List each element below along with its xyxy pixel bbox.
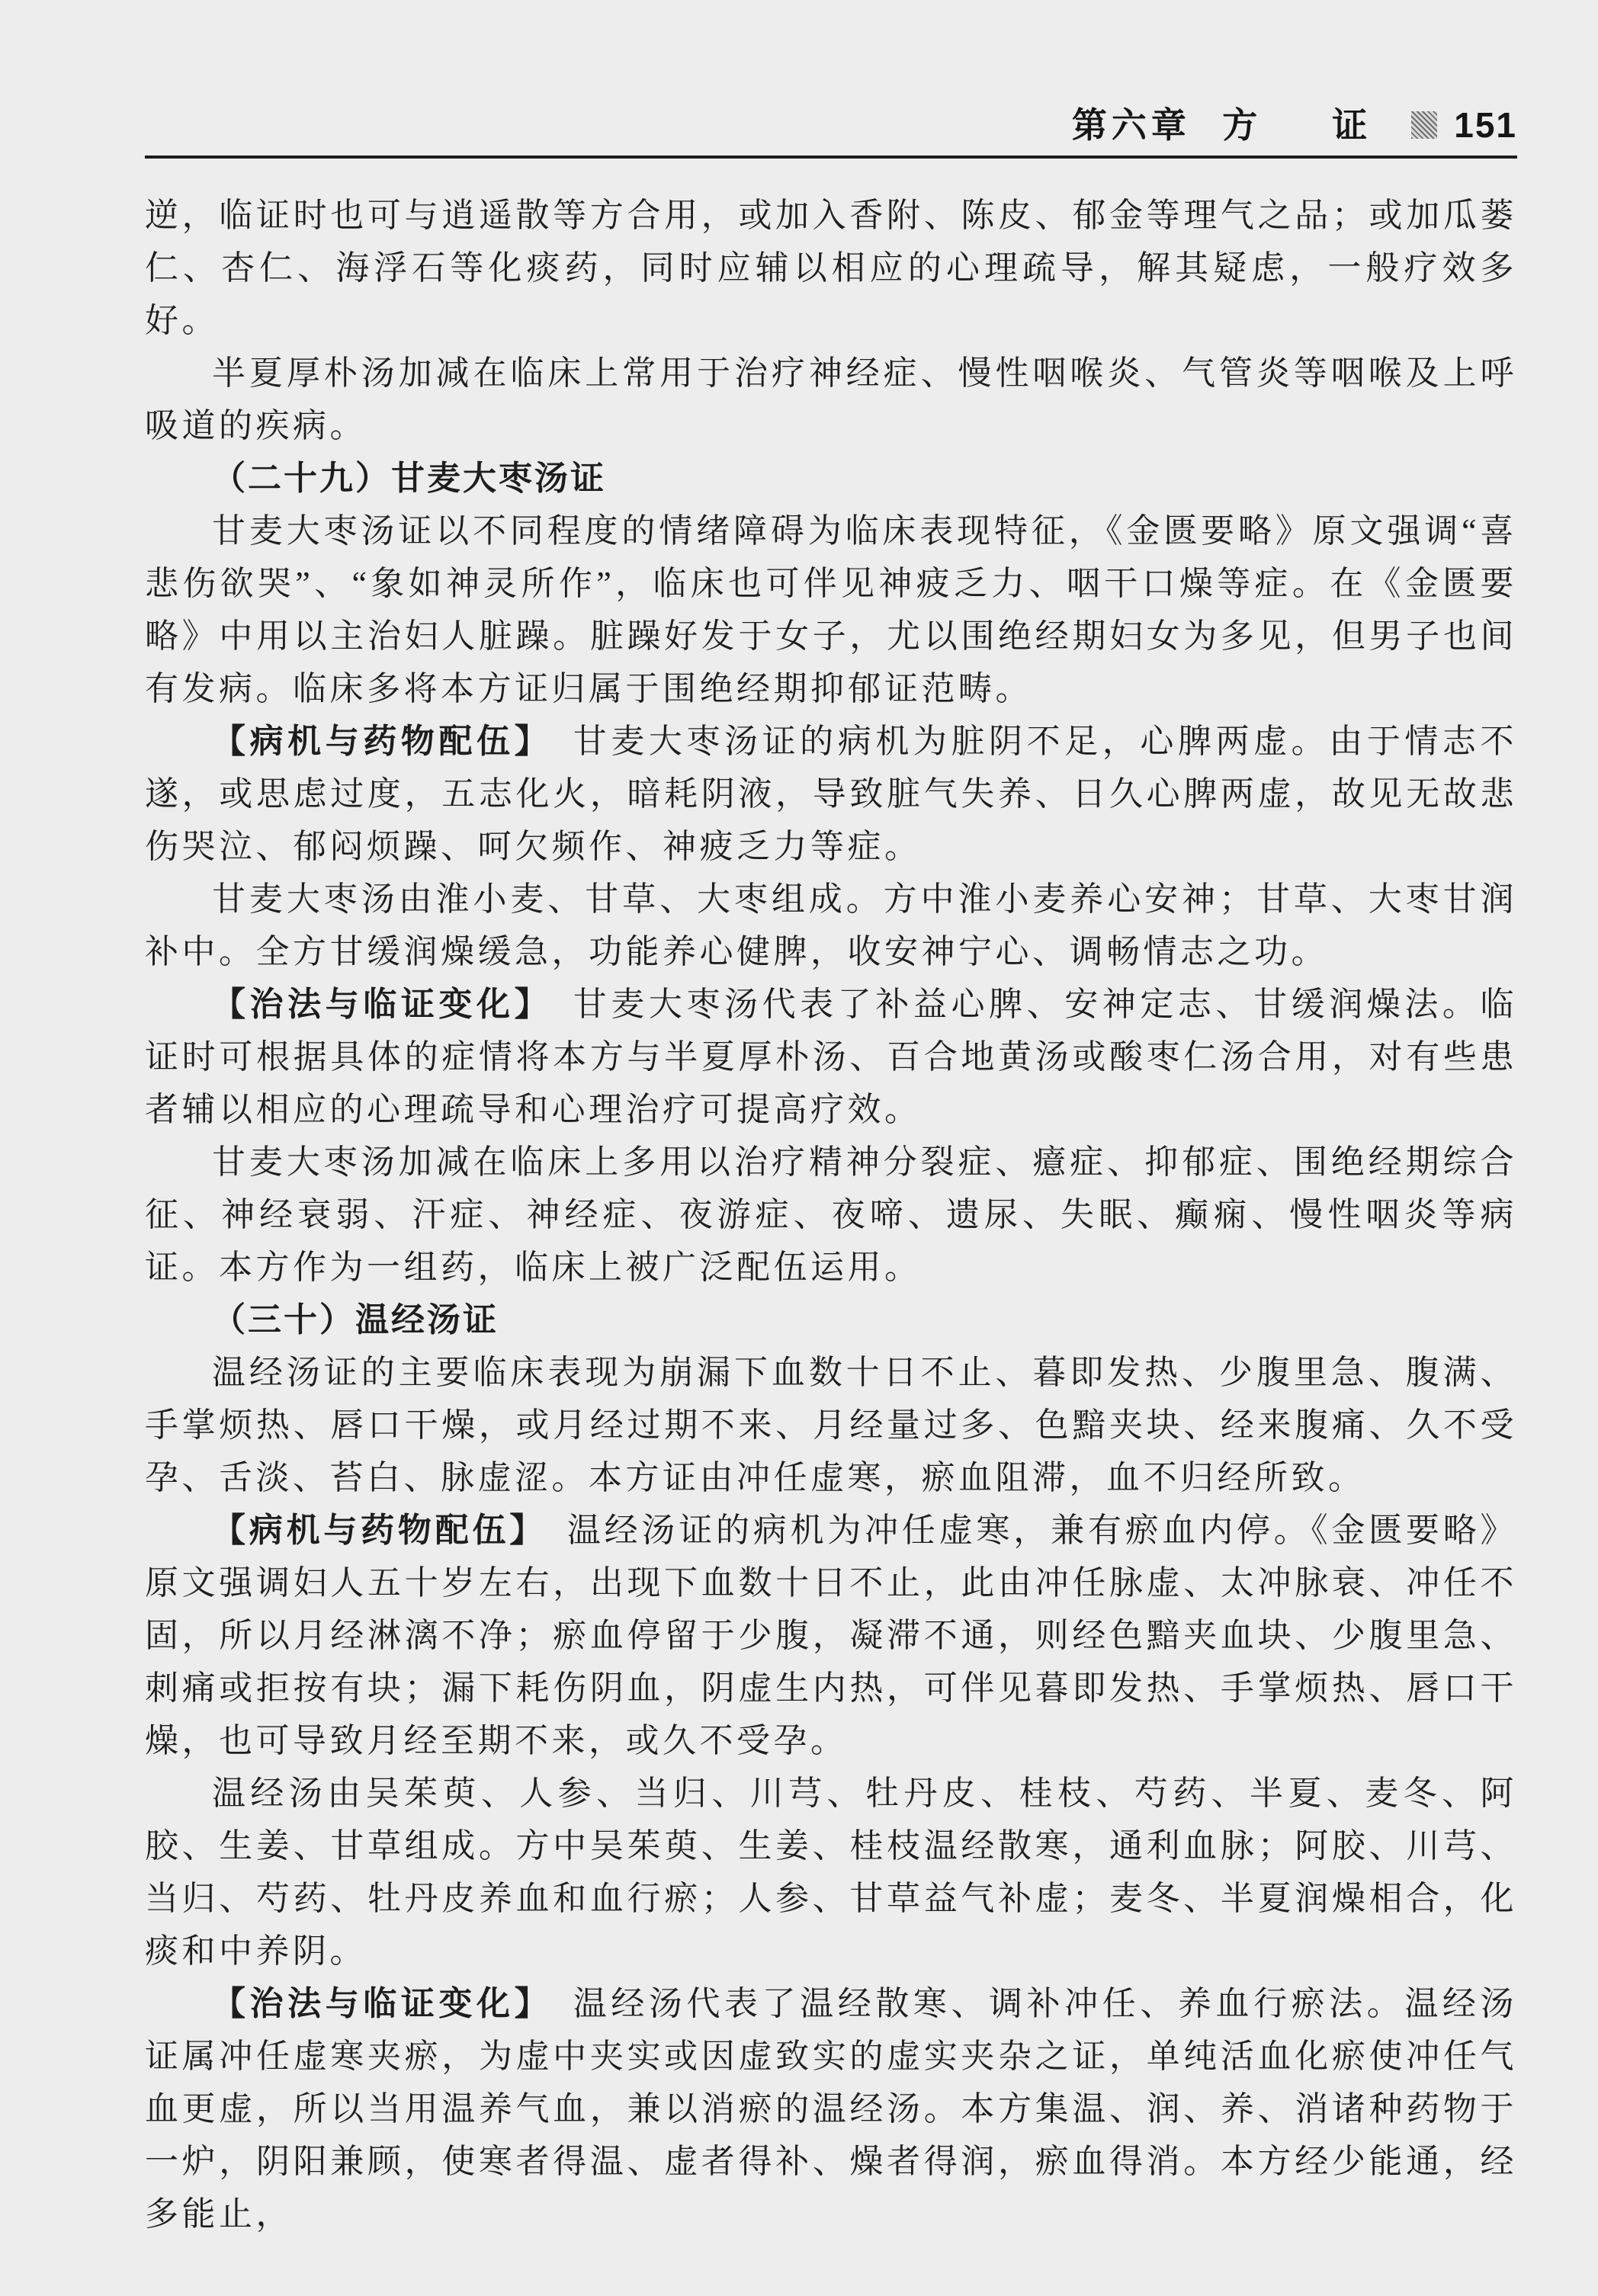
paragraph: 【病机与药物配伍】 温经汤证的病机为冲任虚寒，兼有瘀血内停。《金匮要略》原文强调… xyxy=(145,1504,1517,1767)
page-number: 151 xyxy=(1454,105,1517,145)
book-page: 第六章 方 证 151 逆，临证时也可与逍遥散等方合用，或加入香附、陈皮、郁金等… xyxy=(0,0,1598,2296)
paragraph: 逆，临证时也可与逍遥散等方合用，或加入香附、陈皮、郁金等理气之品；或加瓜蒌仁、杏… xyxy=(145,189,1517,347)
chapter-label: 第六章 xyxy=(1072,105,1191,145)
paragraph: 【病机与药物配伍】 甘麦大枣汤证的病机为脏阴不足，心脾两虚。由于情志不遂，或思虑… xyxy=(145,715,1517,873)
paragraph-label: 【治法与临证变化】 xyxy=(212,1985,535,2022)
paragraph: 【治法与临证变化】 甘麦大枣汤代表了补益心脾、安神定志、甘缓润燥法。临证时可根据… xyxy=(145,978,1517,1136)
paragraph-label: 【病机与药物配伍】 xyxy=(212,723,535,760)
paragraph: 甘麦大枣汤由淮小麦、甘草、大枣组成。方中淮小麦养心安神；甘草、大枣甘润补中。全方… xyxy=(145,873,1517,978)
paragraph: 温经汤证的主要临床表现为崩漏下血数十日不止、暮即发热、少腹里急、腹满、手掌烦热、… xyxy=(145,1346,1517,1504)
paragraph-label: 【病机与药物配伍】 xyxy=(212,1512,530,1549)
paragraph: 甘麦大枣汤加减在临床上多用以治疗精神分裂症、癔症、抑郁症、围绝经期综合征、神经衰… xyxy=(145,1136,1517,1294)
section-heading: （三十）温经汤证 xyxy=(145,1294,1517,1346)
page-body: 逆，临证时也可与逍遥散等方合用，或加入香附、陈皮、郁金等理气之品；或加瓜蒌仁、杏… xyxy=(145,189,1517,2240)
paragraph: 【治法与临证变化】 温经汤代表了温经散寒、调补冲任、养血行瘀法。温经汤证属冲任虚… xyxy=(145,1977,1517,2240)
paragraph: 半夏厚朴汤加减在临床上常用于治疗神经症、慢性咽喉炎、气管炎等咽喉及上呼吸道的疾病… xyxy=(145,347,1517,452)
section-heading: （二十九）甘麦大枣汤证 xyxy=(145,452,1517,505)
paragraph-label: 【治法与临证变化】 xyxy=(212,986,535,1023)
paragraph: 甘麦大枣汤证以不同程度的情绪障碍为临床表现特征，《金匮要略》原文强调“喜悲伤欲哭… xyxy=(145,505,1517,715)
paragraph: 温经汤由吴茱萸、人参、当归、川芎、牡丹皮、桂枝、芍药、半夏、麦冬、阿胶、生姜、甘… xyxy=(145,1767,1517,1977)
page-header: 第六章 方 证 151 xyxy=(145,105,1517,159)
halftone-square-icon xyxy=(1411,111,1437,139)
section-title: 方 证 xyxy=(1222,105,1369,145)
